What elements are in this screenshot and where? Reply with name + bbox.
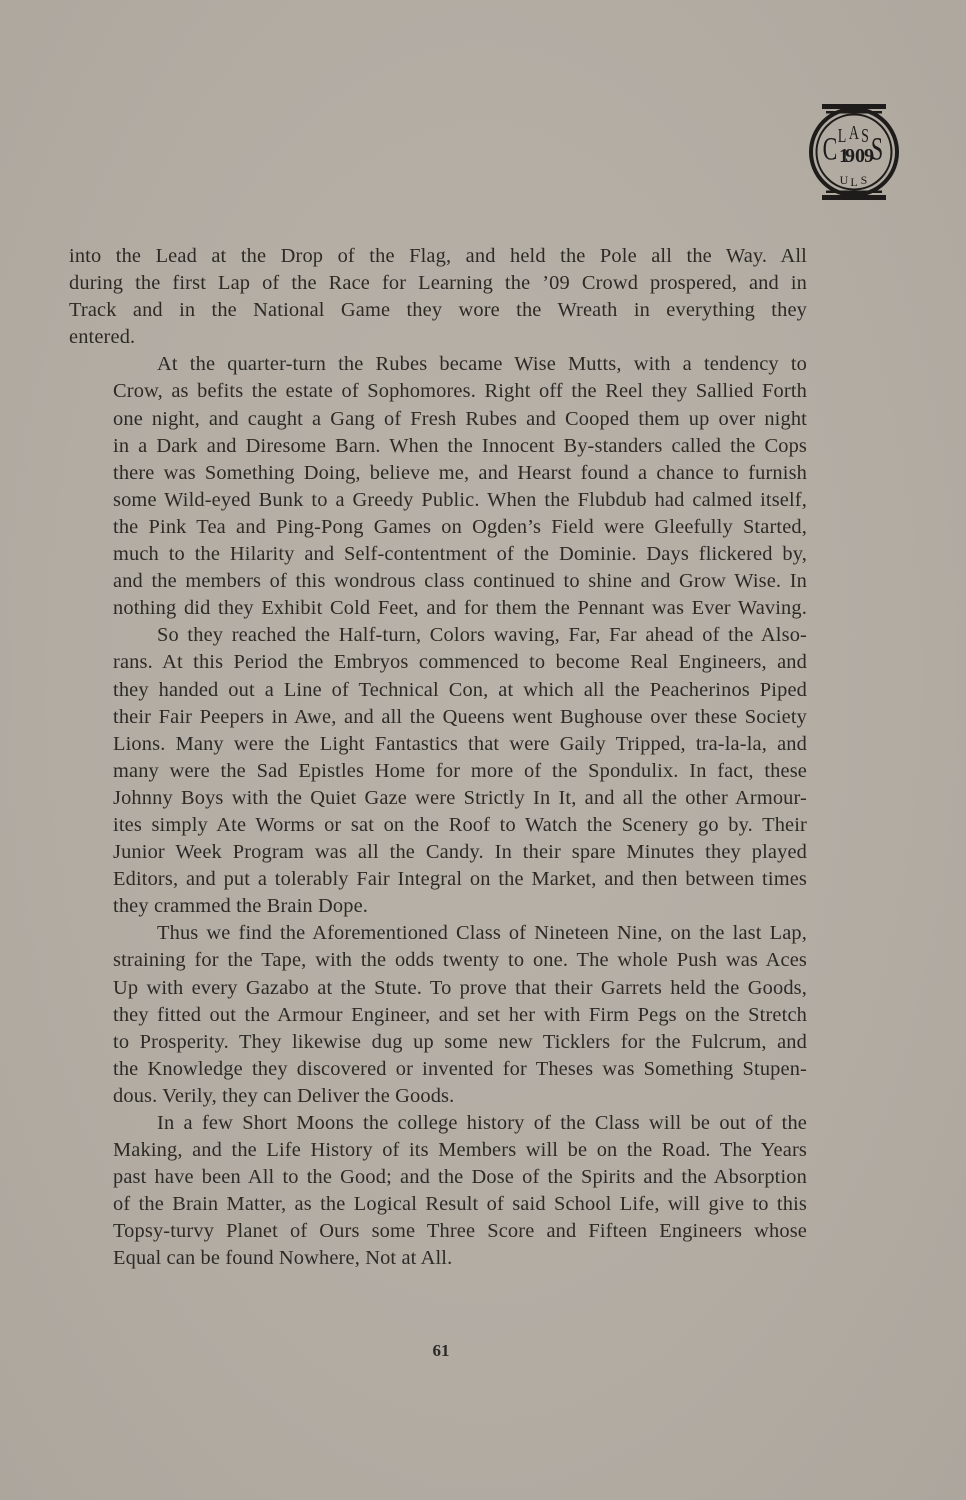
text-line: their Fair Peepers in Awe, and all the Q… — [69, 704, 807, 731]
svg-text:9: 9 — [845, 145, 855, 167]
text-line: Johnny Boys with the Quiet Gaze were Str… — [69, 785, 807, 812]
text-line: the Pink Tea and Ping-Pong Games on Ogde… — [69, 514, 807, 541]
paragraph-3: So they reached the Half-turn, Colors wa… — [69, 622, 807, 920]
text-line: in a Dark and Diresome Barn. When the In… — [69, 433, 807, 460]
text-line: some Wild-eyed Bunk to a Greedy Public. … — [69, 487, 807, 514]
text-line: the Knowledge they discovered or invente… — [69, 1056, 807, 1083]
svg-text:S: S — [861, 125, 869, 147]
text-line: they handed out a Line of Technical Con,… — [69, 677, 807, 704]
paragraph-4: Thus we find the Aforementioned Class of… — [69, 920, 807, 1110]
text-line: Thus we find the Aforementioned Class of… — [69, 920, 807, 947]
svg-text:U: U — [840, 173, 849, 187]
document-page: C L A S S 1 9 0 9 U L S into the Lead at… — [0, 0, 966, 1500]
text-line: Crow, as befits the estate of Sophomores… — [69, 378, 807, 405]
text-line: Making, and the Life History of its Memb… — [69, 1137, 807, 1164]
text-line: Lions. Many were the Light Fantastics th… — [69, 731, 807, 758]
text-line: of the Brain Matter, as the Logical Resu… — [69, 1191, 807, 1218]
text-line: nothing did they Exhibit Cold Feet, and … — [69, 595, 807, 622]
text-line: to Prosperity. They likewise dug up some… — [69, 1029, 807, 1056]
text-line: entered. — [69, 324, 807, 351]
text-line: Up with every Gazabo at the Stute. To pr… — [69, 975, 807, 1002]
svg-text:C: C — [823, 131, 838, 167]
text-line: So they reached the Half-turn, Colors wa… — [69, 622, 807, 649]
text-line: they crammed the Brain Dope. — [69, 893, 807, 920]
text-line: one night, and caught a Gang of Fresh Ru… — [69, 406, 807, 433]
text-line: Editors, and put a tolerably Fair Integr… — [69, 866, 807, 893]
page-number: 61 — [0, 1341, 882, 1361]
text-line: Junior Week Program was all the Candy. I… — [69, 839, 807, 866]
text-line: during the first Lap of the Race for Lea… — [69, 270, 807, 297]
class-1909-monogram-icon: C L A S S 1 9 0 9 U L S — [806, 104, 902, 200]
text-line: there was Something Doing, believe me, a… — [69, 460, 807, 487]
text-line: At the quarter-turn the Rubes became Wis… — [69, 351, 807, 378]
svg-text:S: S — [861, 173, 868, 187]
svg-text:9: 9 — [864, 145, 874, 167]
paragraph-2: At the quarter-turn the Rubes became Wis… — [69, 351, 807, 622]
text-line: Topsy-turvy Planet of Ours some Three Sc… — [69, 1218, 807, 1245]
svg-text:L: L — [838, 125, 847, 147]
body-text: into the Lead at the Drop of the Flag, a… — [69, 243, 807, 1273]
paragraph-1: into the Lead at the Drop of the Flag, a… — [69, 243, 807, 351]
text-line: Track and in the National Game they wore… — [69, 297, 807, 324]
text-line: past have been All to the Good; and the … — [69, 1164, 807, 1191]
text-line: ites simply Ate Worms or sat on the Roof… — [69, 812, 807, 839]
text-line: dous. Verily, they can Deliver the Goods… — [69, 1083, 807, 1110]
text-line: straining for the Tape, with the odds tw… — [69, 947, 807, 974]
text-line: into the Lead at the Drop of the Flag, a… — [69, 243, 807, 270]
paragraph-5: In a few Short Moons the college history… — [69, 1110, 807, 1273]
text-line: many were the Sad Epistles Home for more… — [69, 758, 807, 785]
text-line: rans. At this Period the Embryos commenc… — [69, 649, 807, 676]
text-line: and the members of this wondrous class c… — [69, 568, 807, 595]
text-line: much to the Hilarity and Self-contentmen… — [69, 541, 807, 568]
text-line: Equal can be found Nowhere, Not at All. — [69, 1245, 807, 1272]
text-line: they fitted out the Armour Engineer, and… — [69, 1002, 807, 1029]
svg-text:A: A — [849, 122, 860, 144]
text-line: In a few Short Moons the college history… — [69, 1110, 807, 1137]
svg-text:L: L — [850, 175, 857, 189]
